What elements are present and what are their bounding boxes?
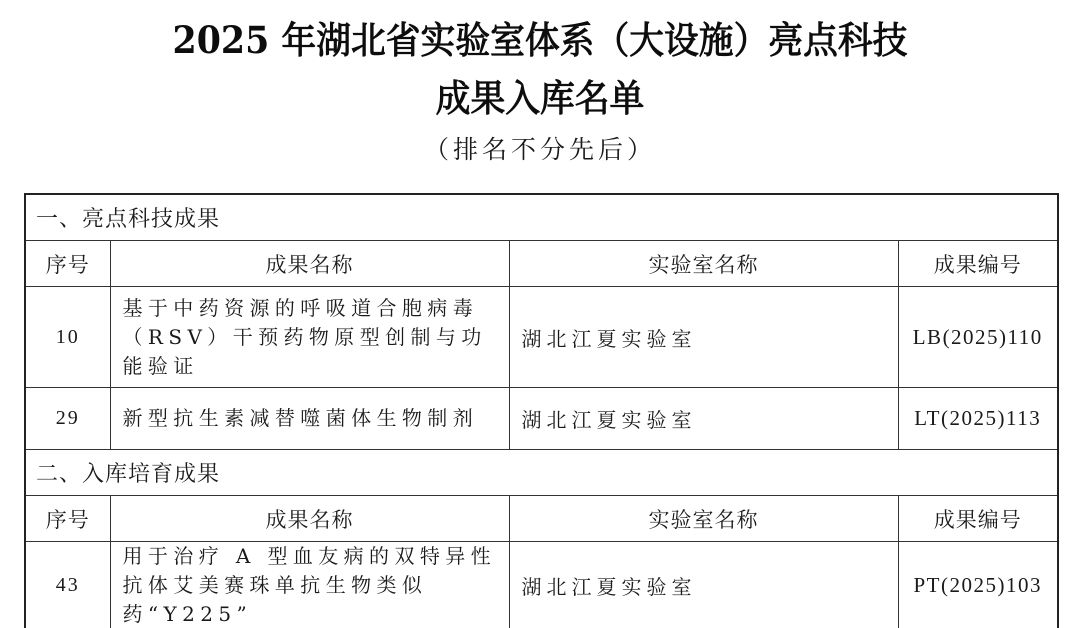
section-heading-row: 一、亮点科技成果 xyxy=(25,194,1058,241)
row-achievement-name: 新型抗生素减替噬菌体生物制剂 xyxy=(110,388,509,450)
column-header-lab: 实验室名称 xyxy=(509,496,898,542)
document-title-line-1: 2025 年湖北省实验室体系（大设施）亮点科技 xyxy=(32,10,1047,64)
document-subtitle: （排名不分先后） xyxy=(0,130,1080,166)
row-achievement-code: LB(2025)110 xyxy=(898,287,1058,388)
document-title-line-2: 成果入库名单 xyxy=(32,68,1047,122)
row-index: 43 xyxy=(25,542,110,628)
column-header-row: 序号 成果名称 实验室名称 成果编号 xyxy=(25,241,1058,287)
column-header-lab: 实验室名称 xyxy=(509,241,898,287)
table-row: 10 基于中药资源的呼吸道合胞病毒（RSV）干预药物原型创制与功能验证 湖北江夏… xyxy=(25,287,1058,388)
row-lab-name: 湖北江夏实验室 xyxy=(509,542,898,628)
row-achievement-code: PT(2025)103 xyxy=(898,542,1058,628)
table-row: 29 新型抗生素减替噬菌体生物制剂 湖北江夏实验室 LT(2025)113 xyxy=(25,388,1058,450)
column-header-index: 序号 xyxy=(25,496,110,542)
section-heading-row: 二、入库培育成果 xyxy=(25,450,1058,496)
row-achievement-name: 用于治疗 A 型血友病的双特异性抗体艾美赛珠单抗生物类似药“Y225” xyxy=(110,542,509,628)
column-header-index: 序号 xyxy=(25,241,110,287)
row-achievement-code: LT(2025)113 xyxy=(898,388,1058,450)
row-lab-name: 湖北江夏实验室 xyxy=(509,388,898,450)
column-header-code: 成果编号 xyxy=(898,241,1058,287)
achievement-list-table: 一、亮点科技成果 序号 成果名称 实验室名称 成果编号 10 基于中药资源的呼吸… xyxy=(24,193,1059,628)
section-heading: 一、亮点科技成果 xyxy=(25,194,1058,241)
row-index: 10 xyxy=(25,287,110,388)
column-header-row: 序号 成果名称 实验室名称 成果编号 xyxy=(25,496,1058,542)
column-header-code: 成果编号 xyxy=(898,496,1058,542)
row-index: 29 xyxy=(25,388,110,450)
column-header-name: 成果名称 xyxy=(110,241,509,287)
row-achievement-name: 基于中药资源的呼吸道合胞病毒（RSV）干预药物原型创制与功能验证 xyxy=(110,287,509,388)
row-lab-name: 湖北江夏实验室 xyxy=(509,287,898,388)
section-heading: 二、入库培育成果 xyxy=(25,450,1058,496)
table-row: 43 用于治疗 A 型血友病的双特异性抗体艾美赛珠单抗生物类似药“Y225” 湖… xyxy=(25,542,1058,628)
column-header-name: 成果名称 xyxy=(110,496,509,542)
